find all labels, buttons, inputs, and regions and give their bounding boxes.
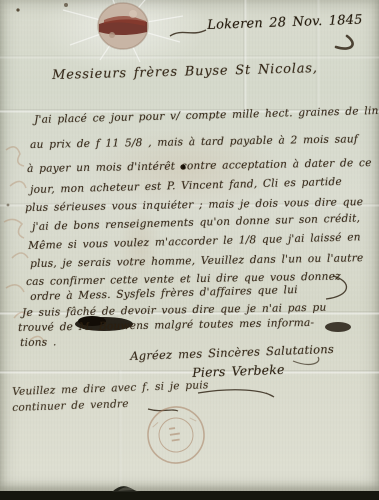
signature: Piers Verbeke [192, 362, 285, 380]
body-line: tions . [20, 336, 57, 349]
fold-crease [0, 370, 379, 374]
letter-scan: Lokeren 28 Nov. 1845 Messieurs frères Bu… [0, 0, 379, 500]
fold-crease [0, 55, 379, 59]
